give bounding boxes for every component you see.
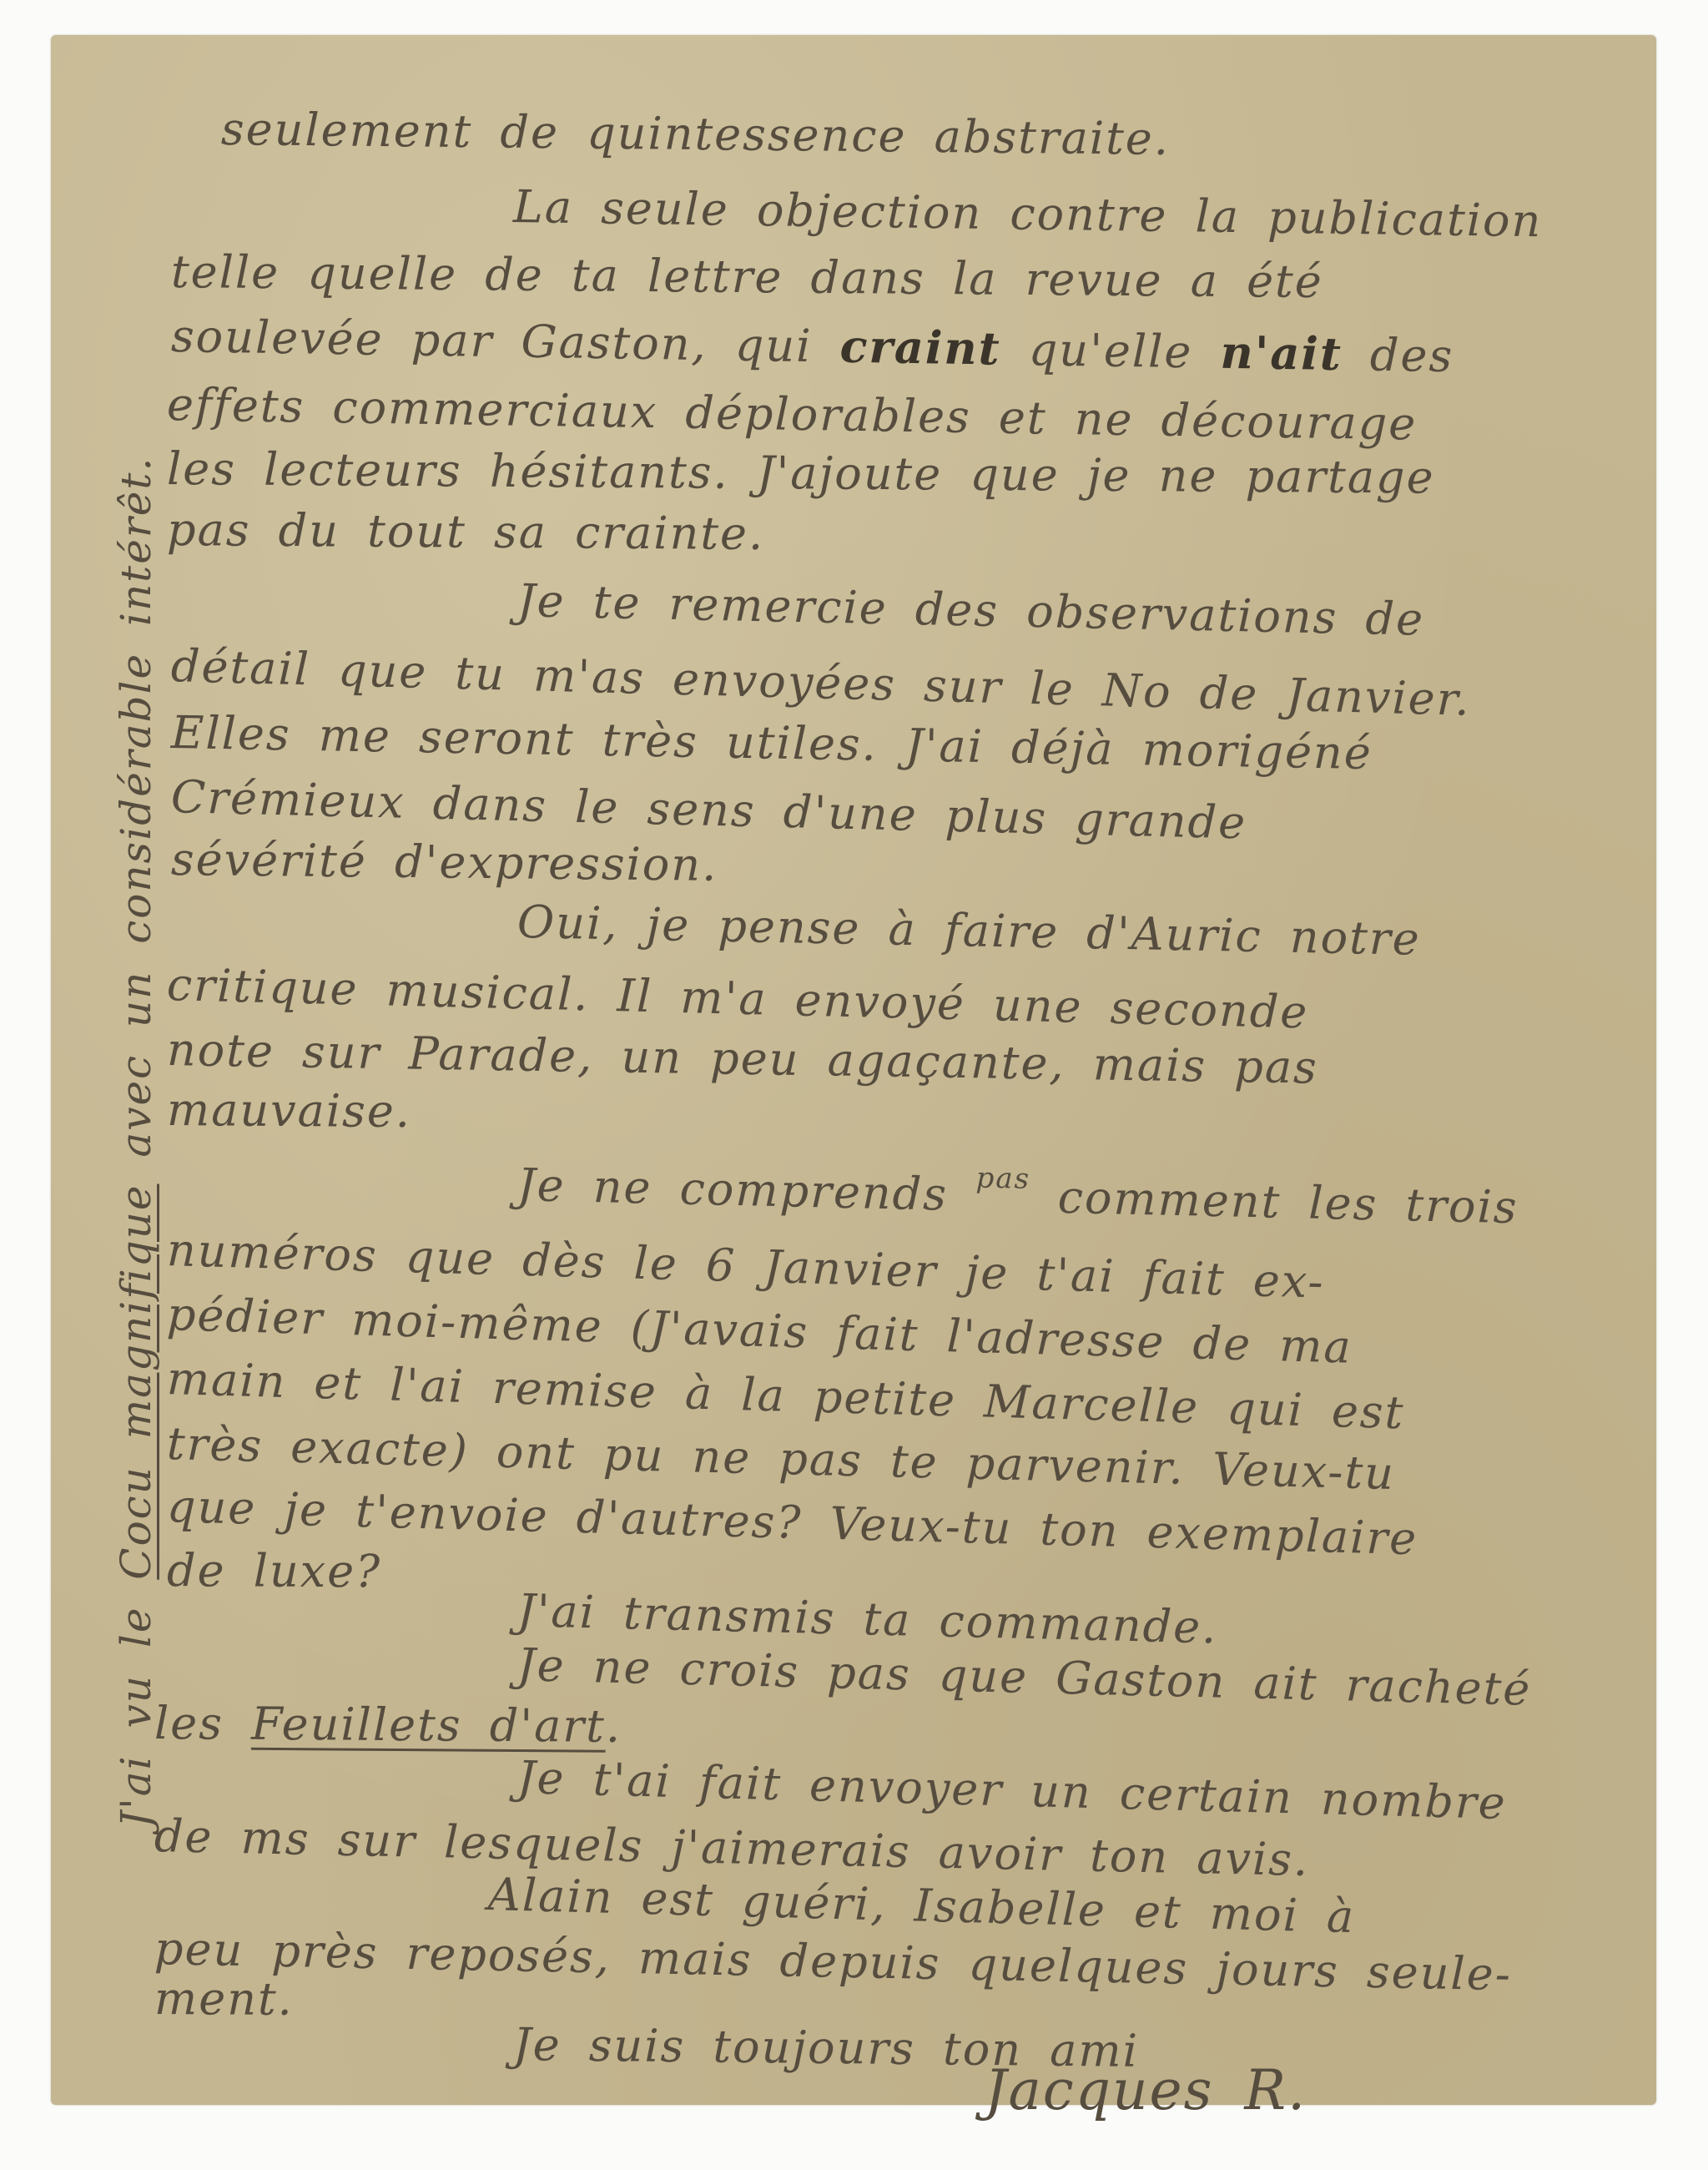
letter-line: mauvaise. — [167, 1085, 411, 1137]
letter-line: sévérité d'expression. — [171, 835, 718, 891]
margin-note-before: J'ai vu le — [112, 1580, 160, 1828]
margin-note-title: Cocu magnifique — [112, 1184, 160, 1580]
letter-line: telle quelle de ta lettre dans la revue … — [171, 247, 1323, 307]
letter-line: ment. — [154, 1974, 294, 2025]
letter-line: les lecteurs hésitants. J'ajoute que je … — [167, 444, 1435, 503]
letter-line: de luxe? — [167, 1546, 381, 1597]
overwritten-word: craint — [839, 320, 1001, 376]
margin-note-after: avec un considérable intérêt. — [112, 457, 160, 1184]
margin-note: J'ai vu le Cocu magnifique avec un consi… — [113, 457, 159, 1828]
inserted-word: pas — [975, 1161, 1030, 1195]
letter-line: seulement de quintessence abstraite. — [221, 104, 1171, 164]
underlined-title: Feuillets d'art — [251, 1698, 606, 1753]
letter-line: pas du tout sa crainte. — [167, 505, 765, 559]
letter-line: les Feuillets d'art. — [154, 1698, 622, 1752]
overwritten-word: n'ait — [1220, 325, 1343, 381]
signature: Jacques R. — [985, 2061, 1307, 2120]
